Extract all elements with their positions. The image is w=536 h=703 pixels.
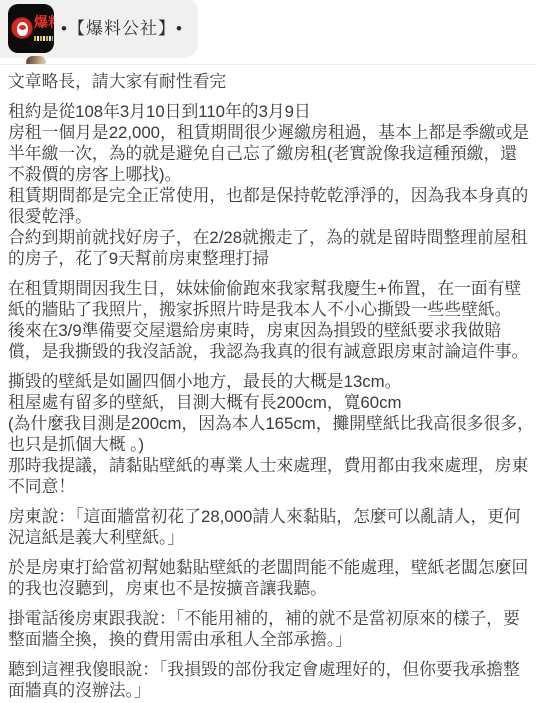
post-paragraph: 文章略長，請大家有耐性看完 [8, 71, 534, 92]
group-title: •【爆料公社】• [61, 0, 183, 58]
post-text: 文章略長，請大家有耐性看完租約是從108年3月10日到110年的3月9日 房租一… [8, 71, 534, 703]
post-paragraph: 掛電話後房東跟我說：「不能用補的，補的就不是當初原來的樣子，要 整面牆全換，換的… [8, 608, 534, 650]
baoliao-gongshe-app-icon[interactable]: 爆料 [8, 4, 54, 53]
post-paragraph: 房東說：「這面牆當初花了28,000請人來黏貼，怎麼可以亂請人，更何 況這紙是義… [8, 506, 534, 548]
post-paragraph: 聽到這裡我傻眼說：「我損毀的部份我定會處理好的，但你要我承擔整 面牆真的沒辦法。… [8, 659, 534, 701]
app-logo-face-icon [17, 22, 28, 36]
avatar-partial[interactable] [26, 56, 46, 64]
post-paragraph: 在租賃期間因我生日，妹妹偷偷跑來我家幫我慶生+佈置，在一面有壁 紙的牆貼了我照片… [8, 278, 534, 362]
header-divider [0, 64, 536, 65]
app-icon-subtext-decoration [34, 36, 53, 41]
post-page: 爆料 •【爆料公社】• 文章略長，請大家有耐性看完租約是從108年3月10日到1… [0, 0, 536, 703]
post-paragraph: 租約是從108年3月10日到110年的3月9日 房租一個月是22,000，租賃期… [8, 101, 534, 269]
post-paragraph: 撕毀的壁紙是如圖四個小地方，最長的大概是13cm。 租屋處有留多的壁紙，目測大概… [8, 371, 534, 497]
app-logo-circle-icon [11, 17, 33, 39]
app-icon-label: 爆料 [34, 14, 54, 30]
post-paragraph: 於是房東打給當初幫她黏貼壁紙的老闆問能不能處理，壁紙老闆怎麼回 的我也沒聽到，房… [8, 557, 534, 599]
group-header-chip[interactable]: 爆料 •【爆料公社】• [0, 0, 198, 58]
